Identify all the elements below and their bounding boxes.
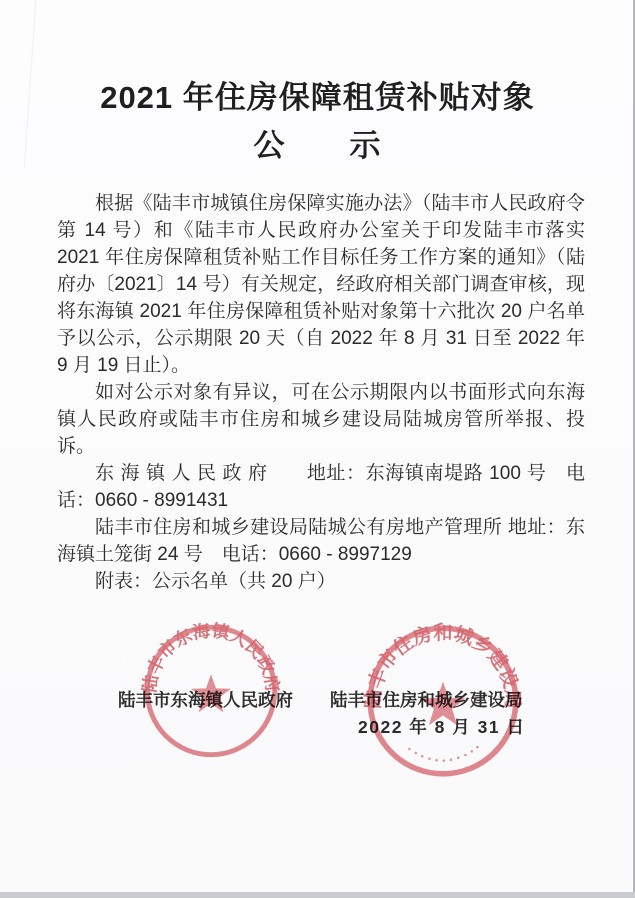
document-title-line1: 2021 年住房保障租赁补贴对象 [0,78,635,118]
right-official-seal: 陆丰市住房和城乡建设局 [360,621,526,781]
paragraph-objection-channel: 如对公示对象有异议，可在公示期限内以书面形式向东海镇人民政府或陆丰市住房和城乡建… [57,379,585,460]
paragraph-legal-basis: 根据《陆丰市城镇住房保障实施办法》（陆丰市人民政府令第 14 号）和《陆丰市人民… [57,190,585,379]
star-icon [420,682,466,725]
seal-serial-marks [408,746,479,762]
contact-town-government: 东 海 镇 人 民 政 府 地址：东海镇南堤路 100 号 电话：0660 - … [57,460,585,514]
star-icon [191,674,231,712]
scanned-notice-page: 2021 年住房保障租赁补贴对象 公 示 根据《陆丰市城镇住房保障实施办法》（陆… [0,0,635,898]
attachment-note: 附表：公示名单（共 20 户） [57,568,585,595]
document-body: 根据《陆丰市城镇住房保障实施办法》（陆丰市人民政府令第 14 号）和《陆丰市人民… [57,190,585,595]
document-title-line2: 公 示 [0,126,635,166]
scan-edge-bottom [0,892,635,898]
contact-housing-bureau: 陆丰市住房和城乡建设局陆城公有房地产管理所 地址：东海镇土笼街 24 号 电话：… [57,514,585,568]
left-official-seal: 陆丰市东海镇人民政府 [141,616,281,766]
